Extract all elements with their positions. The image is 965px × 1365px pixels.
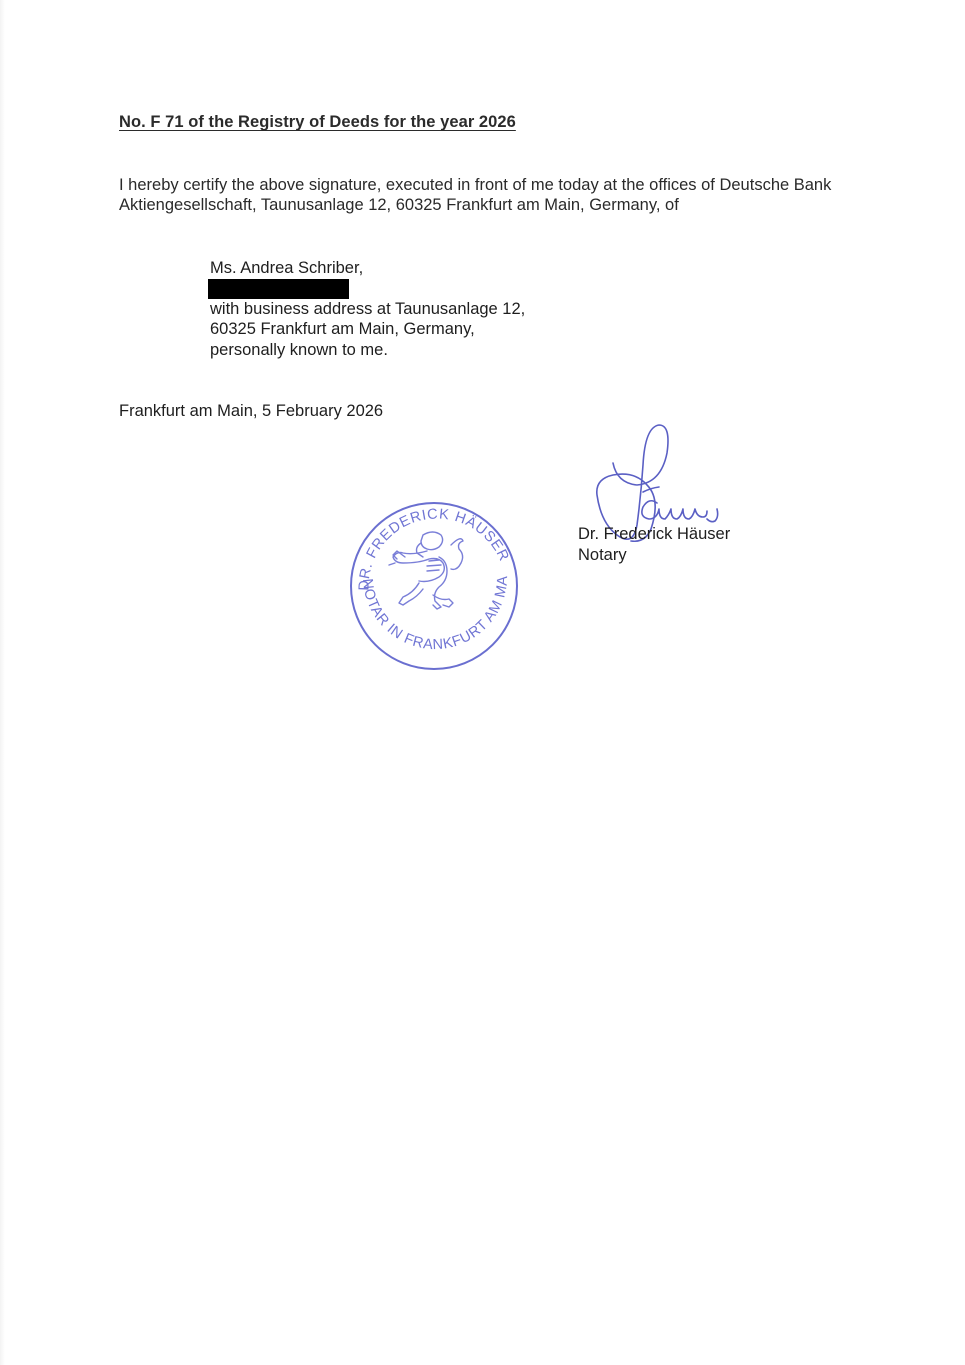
person-name: Ms. Andrea Schriber,	[210, 258, 525, 279]
lion-rampant-icon	[389, 532, 463, 609]
redaction-bar	[208, 279, 349, 299]
place-and-date: Frankfurt am Main, 5 February 2026	[119, 402, 383, 421]
address-line-2: 60325 Frankfurt am Main, Germany,	[210, 319, 525, 340]
signatory-name: Dr. Frederick Häuser	[578, 525, 730, 544]
page-edge	[0, 0, 5, 1365]
signatory-title: Notary	[578, 546, 627, 565]
registry-heading: No. F 71 of the Registry of Deeds for th…	[119, 113, 516, 132]
notary-seal: DR. FREDERICK HÄUSER NOTAR IN FRANKFURT …	[343, 495, 525, 677]
person-block: Ms. Andrea Schriber, with business addre…	[210, 258, 525, 360]
seal-icon: DR. FREDERICK HÄUSER NOTAR IN FRANKFURT …	[343, 495, 525, 677]
known-statement: personally known to me.	[210, 340, 525, 361]
address-line-1: with business address at Taunusanlage 12…	[210, 299, 525, 320]
certification-paragraph: I hereby certify the above signature, ex…	[119, 175, 879, 215]
